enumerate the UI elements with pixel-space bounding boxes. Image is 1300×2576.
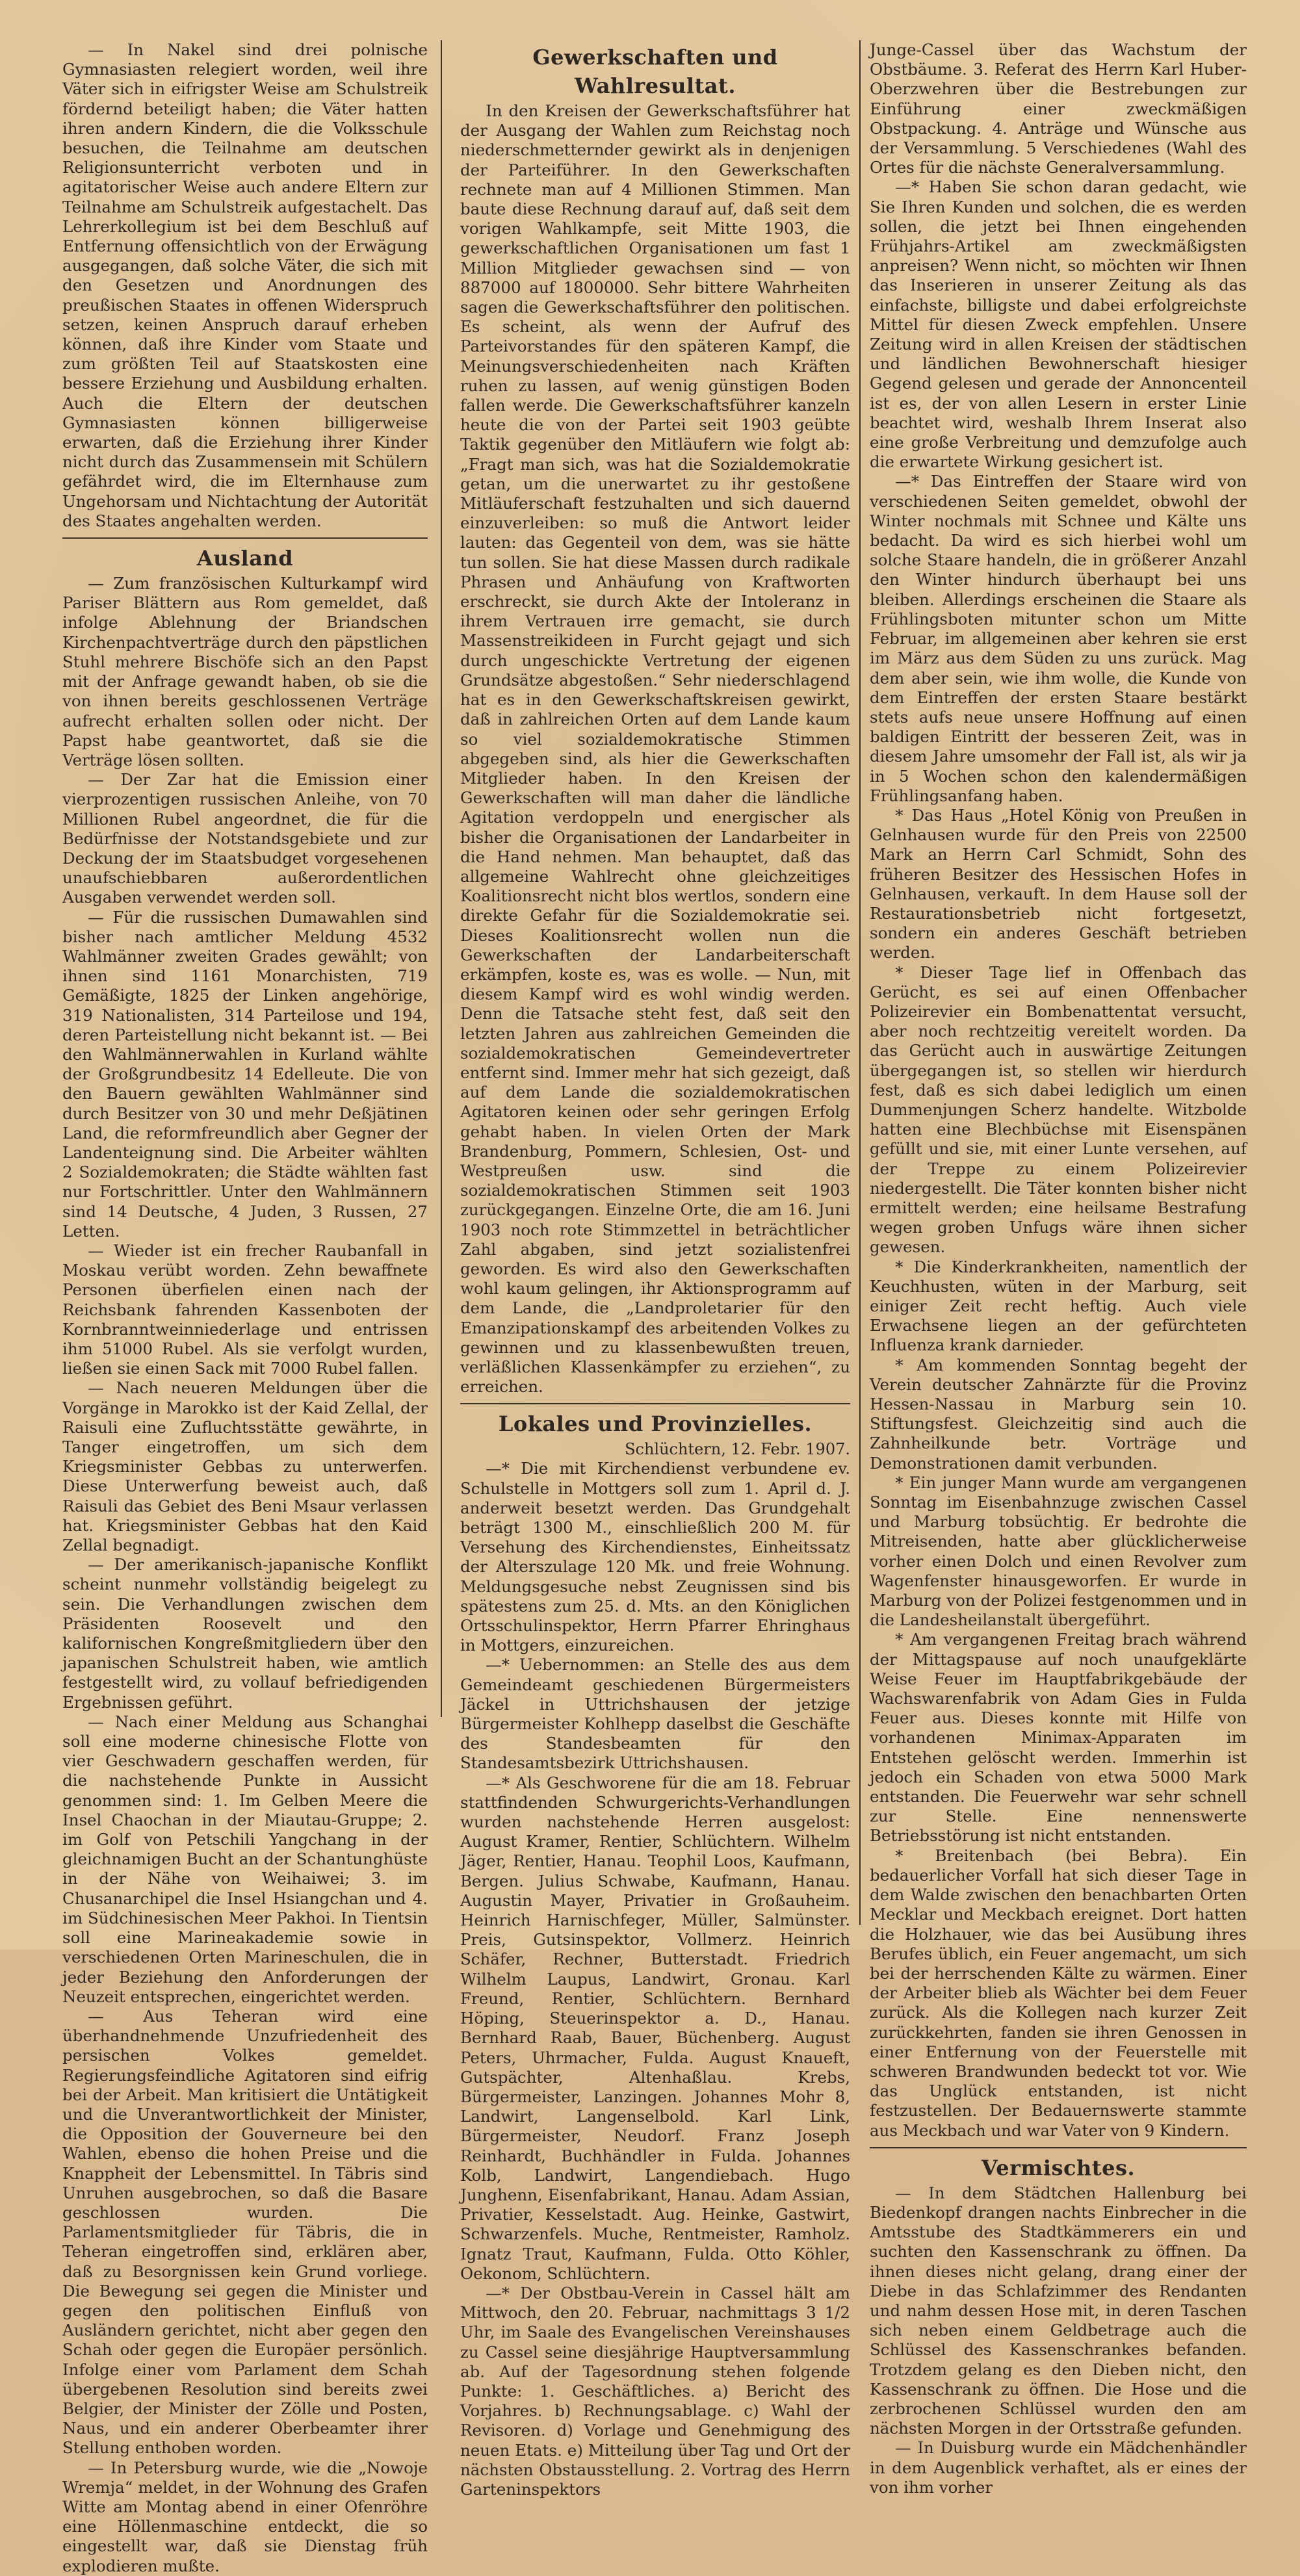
article-paragraph: — Wieder ist ein frecher Raubanfall in M… [62,1241,428,1378]
column-divider [441,40,442,1717]
article-paragraph: * Ein junger Mann wurde am vergangenen S… [870,1473,1247,1630]
article-paragraph: — Der Zar hat die Emission einer vierpro… [62,770,428,907]
article-paragraph: * Breitenbach (bei Bebra). Ein bedauerli… [870,1846,1247,1950]
article-paragraph: In den Kreisen der Gewerkschaftsführer h… [460,101,850,1397]
section-divider [460,1403,850,1404]
article-paragraph: — In Nakel sind drei polnische Gymnasias… [62,40,428,531]
article-paragraph: * Am vergangenen Freitag brach während d… [870,1630,1247,1846]
section-heading-lokales: Lokales und Provinzielles. [460,1410,850,1438]
newspaper-page: — In Nakel sind drei polnische Gymnasias… [0,0,1300,1950]
column-3: Junge-Cassel über das Wachstum der Obstb… [870,40,1247,1950]
article-paragraph: —* Das Eintreffen der Staare wird von ve… [870,472,1247,805]
article-paragraph: * Am kommenden Sonntag begeht der Verein… [870,1356,1247,1473]
section-divider [62,537,428,539]
article-paragraph: — Zum französischen Kulturkampf wird Par… [62,574,428,770]
article-heading-gewerkschaften: Gewerkschaften und Wahlresultat. [460,43,850,100]
column-divider [859,40,861,1925]
article-paragraph: * Die Kinderkrankheiten, namentlich der … [870,1257,1247,1356]
article-paragraph: — Nach einer Meldung aus Schanghai soll … [62,1712,428,1950]
article-paragraph: — Für die russischen Dumawahlen sind bis… [62,908,428,1241]
article-paragraph: — Der amerikanisch-japanische Konflikt s… [62,1555,428,1712]
article-paragraph: —* Haben Sie schon daran gedacht, wie Si… [870,177,1247,472]
dateline: Schlüchtern, 12. Febr. 1907. [460,1439,850,1459]
article-paragraph: — Nach neueren Meldungen über die Vorgän… [62,1378,428,1555]
article-paragraph: —* Als Geschworene für die am 18. Februa… [460,1773,850,1950]
column-2: Gewerkschaften und Wahlresultat. In den … [460,40,850,1950]
article-paragraph: —* Uebernommen: an Stelle des aus dem Ge… [460,1655,850,1773]
section-heading-ausland: Ausland [62,544,428,573]
article-paragraph: —* Die mit Kirchendienst verbundene ev. … [460,1459,850,1655]
article-paragraph: * Dieser Tage lief in Offenbach das Gerü… [870,963,1247,1257]
article-paragraph: Junge-Cassel über das Wachstum der Obstb… [870,40,1247,177]
article-paragraph: * Das Haus „Hotel König von Preußen in G… [870,806,1247,963]
column-1: — In Nakel sind drei polnische Gymnasias… [62,40,428,1950]
